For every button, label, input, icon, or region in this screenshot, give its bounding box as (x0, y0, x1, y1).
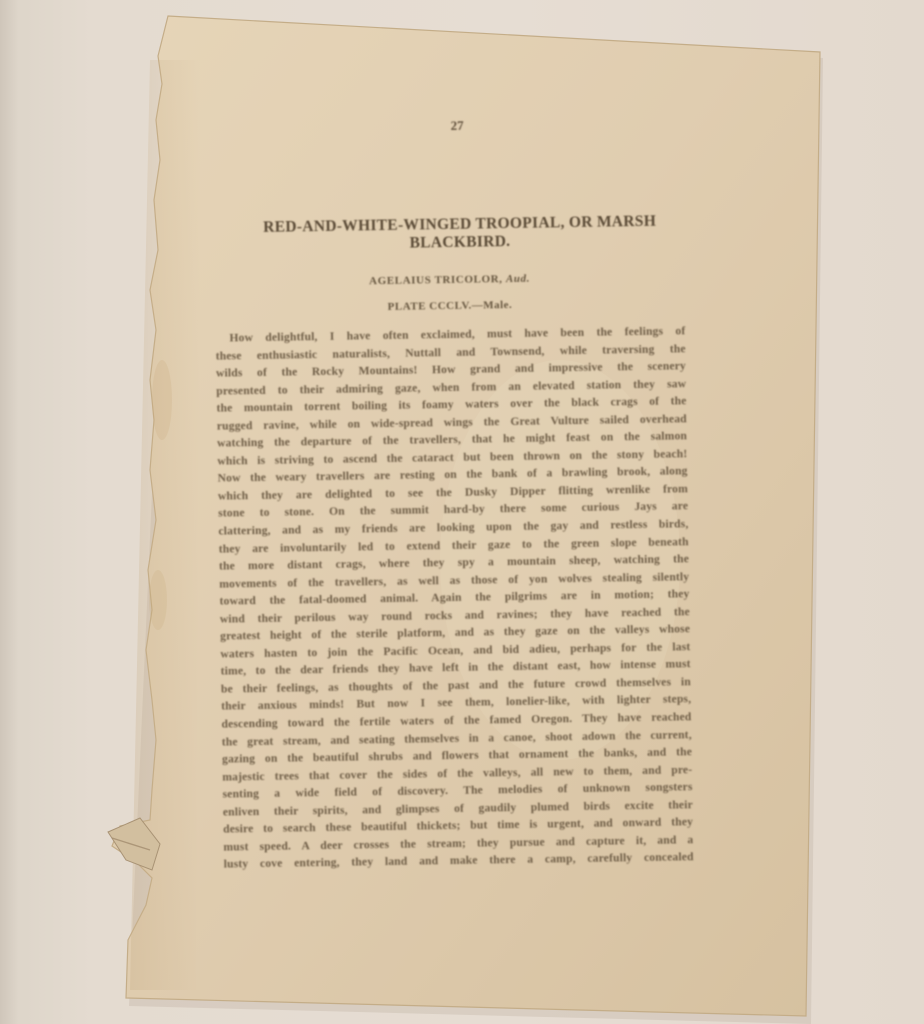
body-text: How delightful, I have often exclaimed, … (215, 322, 693, 873)
antique-book-page: 27 RED-AND-WHITE-WINGED TROOPIAL, OR MAR… (0, 0, 924, 1024)
plate-caption: PLATE CCCLV.—Male. (215, 296, 685, 315)
article-title: RED-AND-WHITE-WINGED TROOPIAL, OR MARSH … (236, 212, 685, 255)
page-content: 27 RED-AND-WHITE-WINGED TROOPIAL, OR MAR… (212, 114, 694, 873)
species-name: AGELAIUS TRICOLOR, Aud. (214, 270, 684, 289)
species-latin: AGELAIUS TRICOLOR, (369, 273, 503, 287)
species-authority: Aud. (506, 273, 530, 285)
